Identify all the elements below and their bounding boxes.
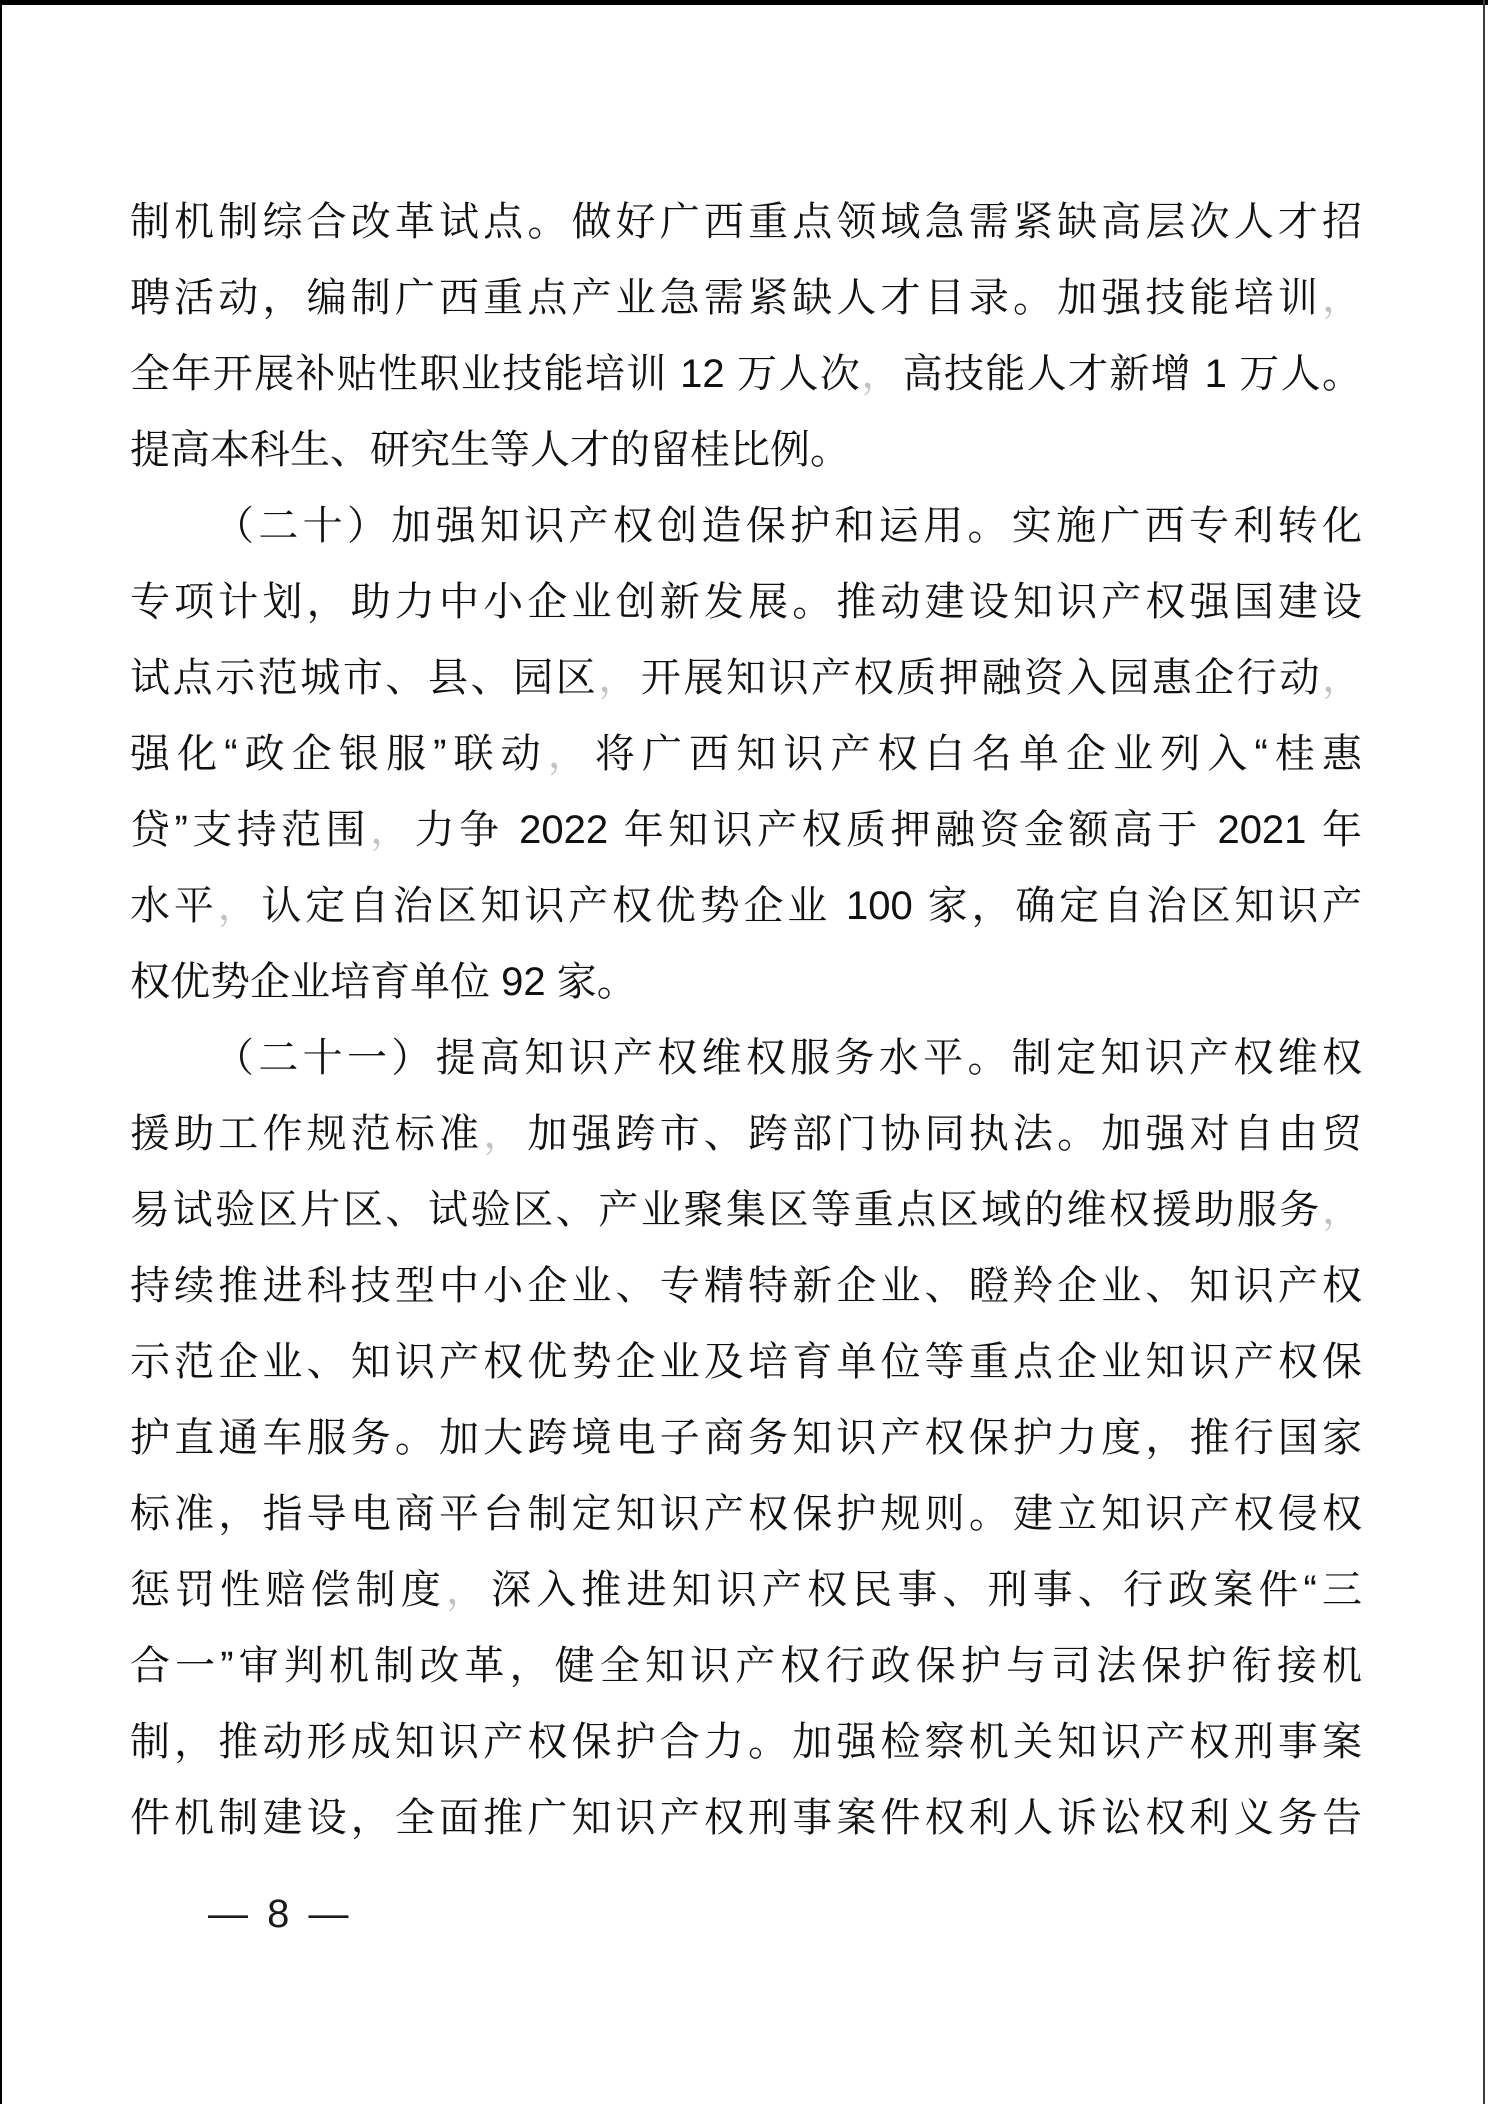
text-line: 提高本科生、研究生等人才的留桂比例。 (130, 412, 1362, 488)
faint-punctuation: ， (861, 352, 902, 396)
text-segment: 护直通车服务。加大跨境电子商务知识产权保护力度，推行国家 (130, 1416, 1362, 1460)
text-segment: 将广西知识产权白名单企业列入“桂惠 (595, 732, 1362, 776)
text-line: 件机制建设，全面推广知识产权刑事案件权利人诉讼权利义务告 (130, 1780, 1362, 1856)
text-segment: 提高本科生、研究生等人才的留桂比例。 (130, 428, 850, 472)
text-line: 标准，指导电商平台制定知识产权保护规则。建立知识产权侵权 (130, 1476, 1362, 1552)
text-line: 水平，认定自治区知识产权优势企业 100 家，确定自治区知识产 (130, 868, 1362, 944)
text-segment: 制机制综合改革试点。做好广西重点领域急需紧缺高层次人才招 (130, 200, 1362, 244)
page-number: — 8 — (208, 1892, 352, 1937)
text-line: 全年开展补贴性职业技能培训 12 万人次，高技能人才新增 1 万人。 (130, 336, 1362, 412)
text-segment: 制，推动形成知识产权保护合力。加强检察机关知识产权刑事案 (130, 1720, 1362, 1764)
text-line: 制机制综合改革试点。做好广西重点领域急需紧缺高层次人才招 (130, 184, 1362, 260)
scan-border-left (0, 0, 2, 2104)
text-line: 试点示范城市、县、园区，开展知识产权质押融资入园惠企行动， (130, 640, 1362, 716)
text-segment: 权优势企业培育单位 92 家。 (130, 960, 637, 1004)
document-body: 制机制综合改革试点。做好广西重点领域急需紧缺高层次人才招聘活动，编制广西重点产业… (130, 184, 1362, 1856)
text-segment: 易试验区片区、试验区、产业聚集区等重点区域的维权援助服务 (130, 1188, 1322, 1232)
text-segment: 加强跨市、跨部门协同执法。加强对自由贸 (527, 1112, 1362, 1156)
text-segment: 援助工作规范标准 (130, 1112, 483, 1156)
text-segment: 聘活动，编制广西重点产业急需紧缺人才目录。加强技能培训 (130, 276, 1322, 320)
text-line: 持续推进科技型中小企业、专精特新企业、瞪羚企业、知识产权 (130, 1248, 1362, 1324)
text-segment: 强化“政企银服”联动 (130, 732, 548, 776)
text-line: 易试验区片区、试验区、产业聚集区等重点区域的维权援助服务， (130, 1172, 1362, 1248)
text-segment: 示范企业、知识产权优势企业及培育单位等重点企业知识产权保 (130, 1340, 1362, 1384)
text-segment: 认定自治区知识产权优势企业 100 家，确定自治区知识产 (261, 884, 1362, 928)
text-line: 制，推动形成知识产权保护合力。加强检察机关知识产权刑事案 (130, 1704, 1362, 1780)
text-line: （二十一）提高知识产权维权服务水平。制定知识产权维权 (130, 1020, 1362, 1096)
faint-punctuation: ， (218, 884, 262, 928)
text-line: 合一”审判机制改革，健全知识产权行政保护与司法保护衔接机 (130, 1628, 1362, 1704)
scan-border-right (1483, 0, 1485, 2104)
text-line: 护直通车服务。加大跨境电子商务知识产权保护力度，推行国家 (130, 1400, 1362, 1476)
text-line: 聘活动，编制广西重点产业急需紧缺人才目录。加强技能培训， (130, 260, 1362, 336)
scan-border-top (0, 0, 1488, 5)
faint-punctuation: ， (370, 808, 414, 852)
faint-punctuation: ， (483, 1112, 527, 1156)
faint-punctuation: ， (1322, 276, 1362, 320)
text-segment: 力争 2022 年知识产权质押融资金额高于 2021 年 (415, 808, 1362, 852)
text-line: 示范企业、知识产权优势企业及培育单位等重点企业知识产权保 (130, 1324, 1362, 1400)
text-segment: 持续推进科技型中小企业、专精特新企业、瞪羚企业、知识产权 (130, 1264, 1362, 1308)
text-segment: 深入推进知识产权民事、刑事、行政案件“三 (491, 1568, 1362, 1612)
text-segment: 件机制建设，全面推广知识产权刑事案件权利人诉讼权利义务告 (130, 1796, 1362, 1840)
text-segment: （二十一）提高知识产权维权服务水平。制定知识产权维权 (214, 1036, 1362, 1080)
text-line: （二十）加强知识产权创造保护和运用。实施广西专利转化 (130, 488, 1362, 564)
faint-punctuation: ， (598, 656, 641, 700)
text-line: 专项计划，助力中小企业创新发展。推动建设知识产权强国建设 (130, 564, 1362, 640)
faint-punctuation: ， (548, 732, 595, 776)
faint-punctuation: ， (1322, 656, 1362, 700)
text-segment: 试点示范城市、县、园区 (130, 656, 598, 700)
text-segment: 高技能人才新增 1 万人。 (903, 352, 1362, 396)
text-segment: 合一”审判机制改革，健全知识产权行政保护与司法保护衔接机 (130, 1644, 1362, 1688)
text-segment: 水平 (130, 884, 218, 928)
text-segment: 惩罚性赔偿制度 (130, 1568, 446, 1612)
text-segment: 全年开展补贴性职业技能培训 12 万人次 (130, 352, 861, 396)
text-segment: 标准，指导电商平台制定知识产权保护规则。建立知识产权侵权 (130, 1492, 1362, 1536)
text-segment: （二十）加强知识产权创造保护和运用。实施广西专利转化 (214, 504, 1362, 548)
text-line: 强化“政企银服”联动，将广西知识产权白名单企业列入“桂惠 (130, 716, 1362, 792)
text-segment: 专项计划，助力中小企业创新发展。推动建设知识产权强国建设 (130, 580, 1362, 624)
text-line: 贷”支持范围，力争 2022 年知识产权质押融资金额高于 2021 年 (130, 792, 1362, 868)
text-segment: 开展知识产权质押融资入园惠企行动 (641, 656, 1322, 700)
faint-punctuation: ， (446, 1568, 491, 1612)
text-segment: 贷”支持范围 (130, 808, 370, 852)
text-line: 惩罚性赔偿制度，深入推进知识产权民事、刑事、行政案件“三 (130, 1552, 1362, 1628)
faint-punctuation: ， (1322, 1188, 1362, 1232)
text-line: 权优势企业培育单位 92 家。 (130, 944, 1362, 1020)
text-line: 援助工作规范标准，加强跨市、跨部门协同执法。加强对自由贸 (130, 1096, 1362, 1172)
